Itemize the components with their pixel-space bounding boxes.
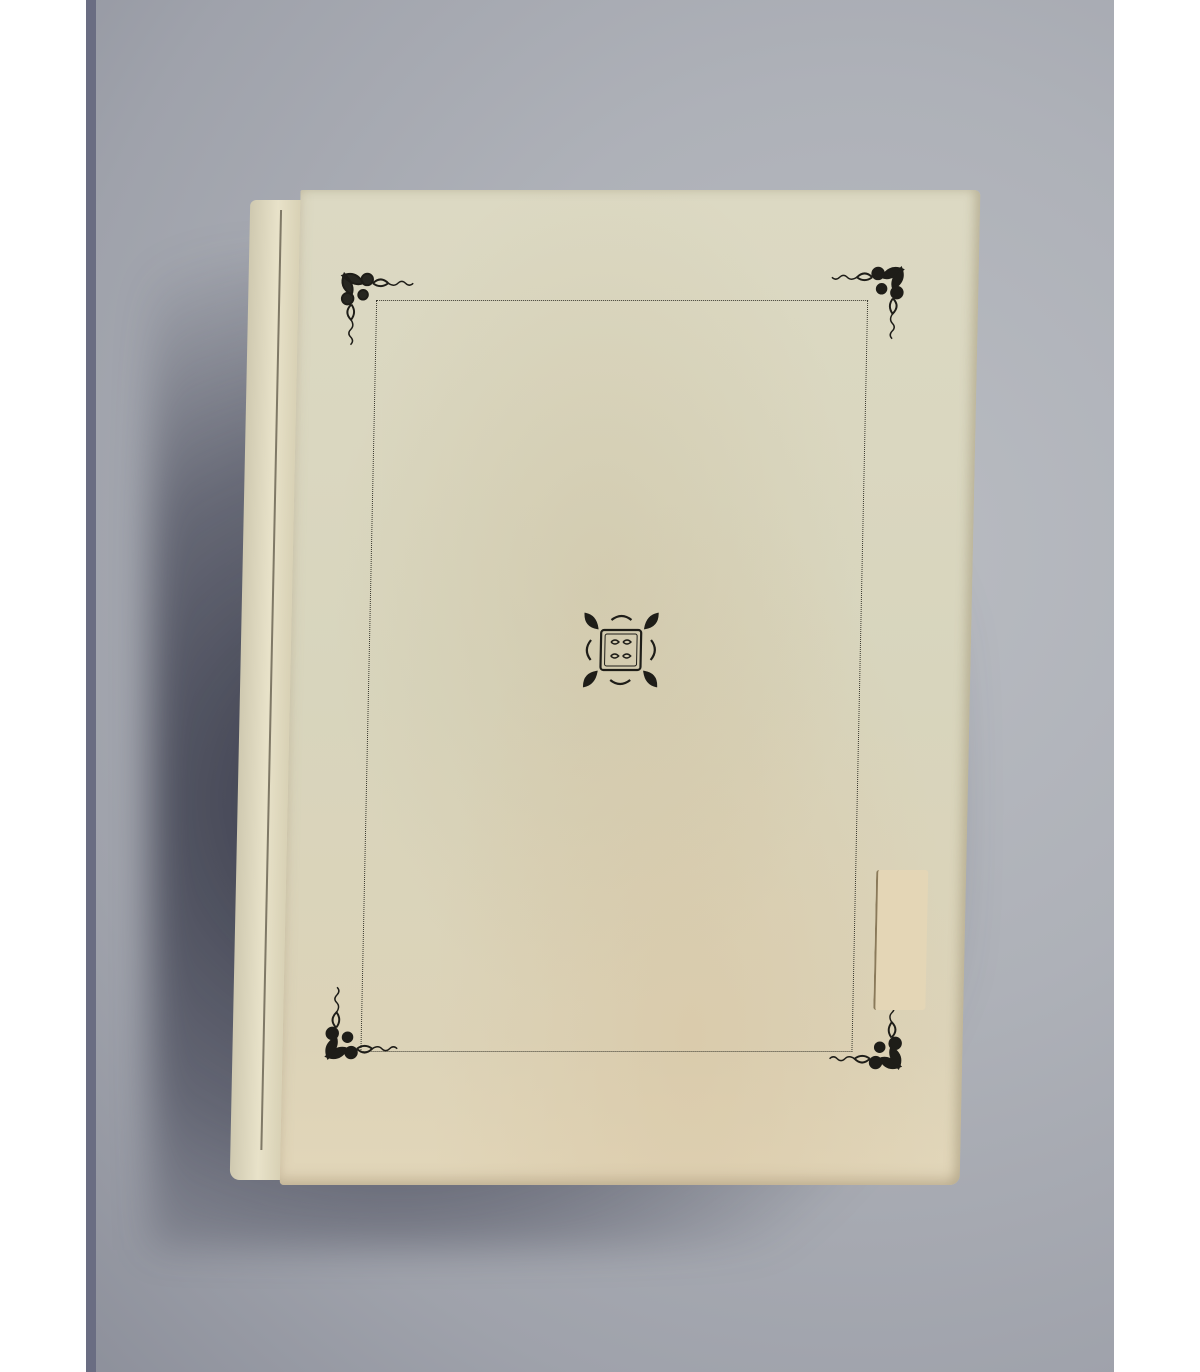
torn-patch — [873, 870, 928, 1010]
corner-ornament-bottom-left-icon — [318, 970, 416, 1066]
corner-ornament-top-right-icon — [813, 260, 911, 356]
book — [230, 190, 971, 1190]
center-square-ornament-icon — [580, 610, 662, 690]
corner-ornament-top-left-icon — [333, 266, 431, 362]
back-cover — [280, 190, 981, 1185]
